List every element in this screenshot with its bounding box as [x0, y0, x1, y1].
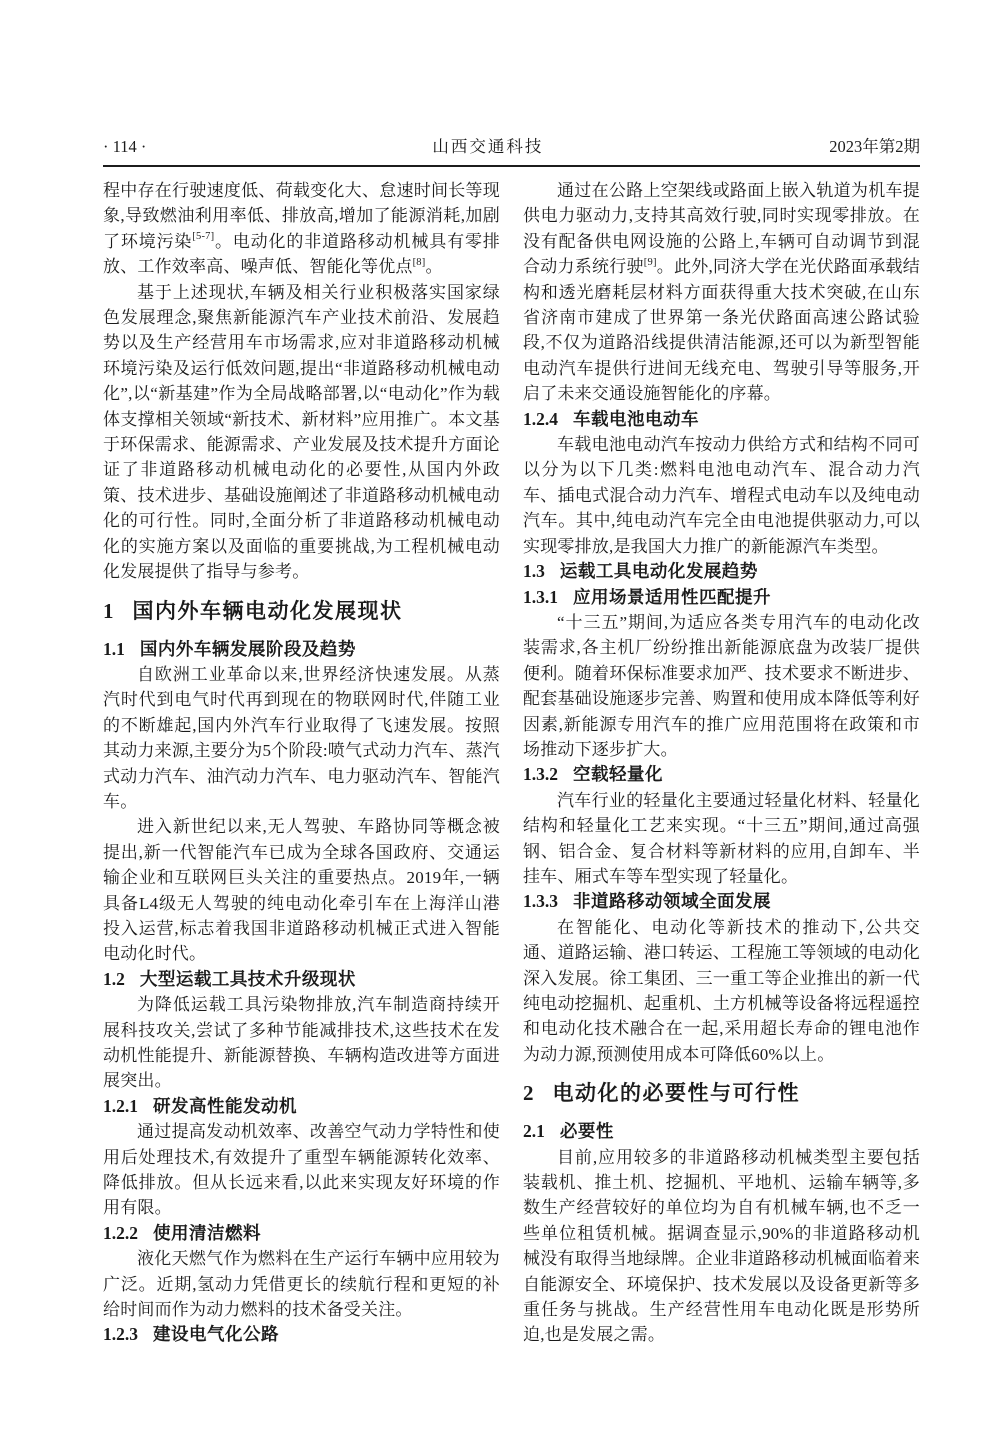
paragraph-necessity: 目前,应用较多的非道路移动机械类型主要包括装载机、推土机、挖掘机、平地机、运输车…	[523, 1145, 920, 1348]
paragraph-offroad-development: 在智能化、电动化等新技术的推动下,公共交通、道路运输、港口转运、工程施工等领域的…	[523, 915, 920, 1067]
citation-ref-5-7: [5-7]	[192, 231, 214, 242]
subsection-1-1-heading: 1.1国内外车辆发展阶段及趋势	[103, 637, 500, 662]
section-number: 1.1	[103, 639, 125, 659]
section-1-heading: 1国内外车辆电动化发展现状	[103, 596, 500, 627]
subsection-1-3-2-heading: 1.3.2空载轻量化	[523, 762, 920, 787]
paragraph-clean-fuel: 液化天燃气作为燃料在生产运行车辆中应用较为广泛。近期,氢动力凭借更长的续航行程和…	[103, 1246, 500, 1322]
section-number: 1.3	[523, 561, 545, 581]
subsection-1-2-heading: 1.2大型运载工具技术升级现状	[103, 967, 500, 992]
paragraph-carryover: 程中存在行驶速度低、荷载变化大、怠速时间长等现象,导致燃油利用率低、排放高,增加…	[103, 178, 500, 280]
section-title: 车载电池电动车	[573, 409, 699, 429]
paragraph-upgrade: 为降低运载工具污染物排放,汽车制造商持续开展科技攻关,尝试了多种节能减排技术,这…	[103, 992, 500, 1094]
section-title: 电动化的必要性与可行性	[553, 1082, 801, 1105]
paragraph-stages: 自欧洲工业革命以来,世界经济快速发展。从蒸汽时代到电气时代再到现在的物联网时代,…	[103, 662, 500, 814]
section-number: 1.3.3	[523, 891, 558, 911]
section-number: 1.2	[103, 969, 125, 989]
subsection-2-1-heading: 2.1必要性	[523, 1119, 920, 1144]
page-header: · 114 · 山西交通科技 2023年第2期	[103, 136, 920, 167]
section-title: 建设电气化公路	[153, 1324, 279, 1344]
subsection-1-3-3-heading: 1.3.3非道路移动领域全面发展	[523, 889, 920, 914]
section-number: 1.2.4	[523, 409, 558, 429]
section-title: 使用清洁燃料	[153, 1223, 261, 1243]
issue-label: 2023年第2期	[829, 136, 920, 158]
section-2-heading: 2电动化的必要性与可行性	[523, 1078, 920, 1109]
paragraph-electrified-highway: 通过在公路上空架线或路面上嵌入轨道为机车提供电力驱动力,支持其高效行驶,同时实现…	[523, 178, 920, 407]
section-number: 1.3.2	[523, 764, 558, 784]
paragraph-lightweight: 汽车行业的轻量化主要通过轻量化材料、轻量化结构和轻量化工艺来实现。“十三五”期间…	[523, 788, 920, 890]
subsection-1-3-1-heading: 1.3.1应用场景适用性匹配提升	[523, 585, 920, 610]
paragraph-text: 。此外,同济大学在光伏路面承载结构和透光磨耗层材料方面获得重大技术突破,在山东省…	[523, 257, 920, 403]
right-column: 通过在公路上空架线或路面上嵌入轨道为机车提供电力驱动力,支持其高效行驶,同时实现…	[523, 178, 920, 1348]
paragraph-engine: 通过提高发动机效率、改善空气动力学特性和使用后处理技术,有效提升了重型车辆能源转…	[103, 1119, 500, 1221]
section-number: 2.1	[523, 1121, 545, 1141]
section-title: 国内外车辆电动化发展现状	[133, 600, 403, 623]
section-title: 研发高性能发动机	[153, 1096, 297, 1116]
subsection-1-2-1-heading: 1.2.1研发高性能发动机	[103, 1094, 500, 1119]
citation-ref-8: [8]	[413, 257, 426, 268]
two-column-body: 程中存在行驶速度低、荷载变化大、怠速时间长等现象,导致燃油利用率低、排放高,增加…	[103, 178, 920, 1348]
paragraph-new-century: 进入新世纪以来,无人驾驶、车路协同等概念被提出,新一代智能汽车已成为全球各国政府…	[103, 814, 500, 966]
journal-title: 山西交通科技	[432, 136, 543, 158]
paragraph-overview: 基于上述现状,车辆及相关行业积极落实国家绿色发展理念,聚焦新能源汽车产业技术前沿…	[103, 280, 500, 585]
section-number: 1.2.2	[103, 1223, 138, 1243]
page-number: · 114 ·	[103, 136, 146, 158]
subsection-1-2-3-heading: 1.2.3建设电气化公路	[103, 1322, 500, 1347]
section-number: 1.3.1	[523, 587, 558, 607]
section-number: 1.2.3	[103, 1324, 138, 1344]
section-number: 1.2.1	[103, 1096, 138, 1116]
section-title: 必要性	[560, 1121, 614, 1141]
section-title: 应用场景适用性匹配提升	[573, 587, 771, 607]
left-column: 程中存在行驶速度低、荷载变化大、怠速时间长等现象,导致燃油利用率低、排放高,增加…	[103, 178, 500, 1348]
section-title: 国内外车辆发展阶段及趋势	[140, 639, 356, 659]
journal-page: · 114 · 山西交通科技 2023年第2期 程中存在行驶速度低、荷载变化大、…	[0, 0, 1006, 1431]
citation-ref-9: [9]	[644, 257, 657, 268]
section-title: 大型运载工具技术升级现状	[140, 969, 356, 989]
section-title: 空载轻量化	[573, 764, 663, 784]
section-number: 2	[523, 1081, 534, 1105]
paragraph-text: 。	[425, 257, 442, 276]
section-title: 非道路移动领域全面发展	[573, 891, 771, 911]
section-number: 1	[103, 599, 114, 623]
subsection-1-2-4-heading: 1.2.4车载电池电动车	[523, 407, 920, 432]
subsection-1-3-heading: 1.3运载工具电动化发展趋势	[523, 559, 920, 584]
paragraph-application-scenario: “十三五”期间,为适应各类专用汽车的电动化改装需求,各主机厂纷纷推出新能源底盘为…	[523, 610, 920, 762]
section-title: 运载工具电动化发展趋势	[560, 561, 758, 581]
subsection-1-2-2-heading: 1.2.2使用清洁燃料	[103, 1221, 500, 1246]
paragraph-battery-ev: 车载电池电动汽车按动力供给方式和结构不同可以分为以下几类:燃料电池电动汽车、混合…	[523, 432, 920, 559]
